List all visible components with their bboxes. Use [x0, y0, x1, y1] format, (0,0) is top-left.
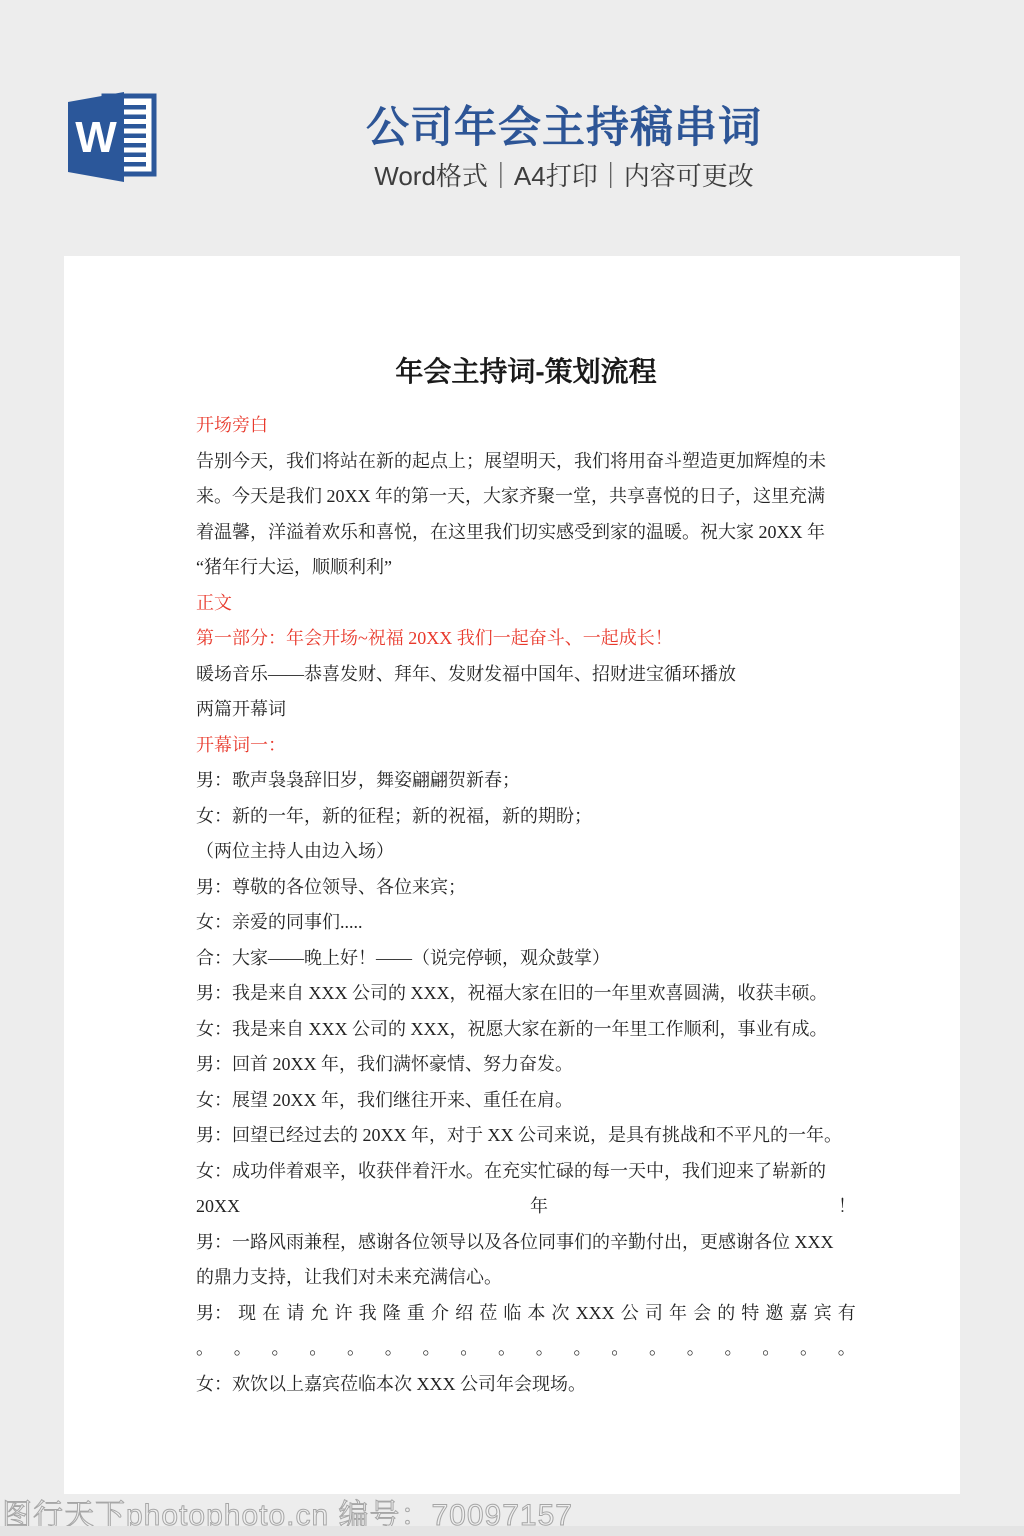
doc-line: 女：成功伴着艰辛，收获伴着汗水。在充实忙碌的每一天中，我们迎来了崭新的: [196, 1154, 856, 1190]
doc-line: 女：展望 20XX 年，我们继往开来、重任在肩。: [196, 1083, 856, 1119]
doc-line: 着温馨，洋溢着欢乐和喜悦，在这里我们切实感受到家的温暖。祝大家 20XX 年: [196, 515, 856, 551]
doc-line: 男：歌声袅袅辞旧岁，舞姿翩翩贺新春；: [196, 763, 856, 799]
doc-line: “猪年行大运，顺顺利利”: [196, 550, 856, 586]
word-icon: W: [62, 86, 162, 188]
doc-line: 女：新的一年，新的征程；新的祝福，新的期盼；: [196, 799, 856, 835]
doc-line: 女：我是来自 XXX 公司的 XXX，祝愿大家在新的一年里工作顺利，事业有成。: [196, 1012, 856, 1048]
doc-heading: 开幕词一：: [196, 728, 856, 764]
document-page: 年会主持词-策划流程 开场旁白 告别今天，我们将站在新的起点上；展望明天，我们将…: [64, 256, 960, 1494]
doc-line: 男：回望已经过去的 20XX 年，对于 XX 公司来说，是具有挑战和不平凡的一年…: [196, 1118, 856, 1154]
doc-line: 男：回首 20XX 年，我们满怀豪情、努力奋发。: [196, 1047, 856, 1083]
doc-line: 男：一路风雨兼程，感谢各位领导以及各位同事们的辛勤付出，更感谢各位 XXX: [196, 1225, 856, 1261]
doc-line-justified: 。。。。。。。。。。。。。。。。。。: [196, 1331, 856, 1367]
doc-line: 暖场音乐——恭喜发财、拜年、发财发福中国年、招财进宝循环播放: [196, 657, 856, 693]
doc-line: 的鼎力支持，让我们对未来充满信心。: [196, 1260, 856, 1296]
doc-line: 男：尊敬的各位领导、各位来宾；: [196, 870, 856, 906]
doc-heading: 开场旁白: [196, 408, 856, 444]
page-background: W 公司年会主持稿串词 Word格式｜A4打印｜内容可更改 年会主持词-策划流程…: [0, 0, 1024, 1536]
doc-line: 合：大家——晚上好！——（说完停顿，观众鼓掌）: [196, 941, 856, 977]
doc-heading: 第一部分：年会开场~祝福 20XX 我们一起奋斗、一起成长！: [196, 621, 856, 657]
doc-line: 女：欢饮以上嘉宾莅临本次 XXX 公司年会现场。: [196, 1367, 856, 1403]
doc-title: 年会主持词-策划流程: [196, 352, 856, 392]
svg-text:W: W: [75, 113, 117, 162]
bottom-strip-divider: [0, 1526, 1024, 1536]
doc-line: 女：亲爱的同事们.....: [196, 905, 856, 941]
doc-line-justified: 20XX年！: [196, 1189, 856, 1225]
template-title: 公司年会主持稿串词: [240, 94, 888, 155]
doc-line: （两位主持人由边入场）: [196, 834, 856, 870]
doc-line: 两篇开幕词: [196, 692, 856, 728]
doc-line-justified: 男：现在请允许我隆重介绍莅临本次XXX公司年会的特邀嘉宾有: [196, 1296, 856, 1332]
doc-line: 来。今天是我们 20XX 年的第一天，大家齐聚一堂，共享喜悦的日子，这里充满: [196, 479, 856, 515]
document-content: 年会主持词-策划流程 开场旁白 告别今天，我们将站在新的起点上；展望明天，我们将…: [196, 256, 856, 1402]
doc-heading: 正文: [196, 586, 856, 622]
template-subtitle: Word格式｜A4打印｜内容可更改: [240, 156, 888, 193]
doc-line: 告别今天，我们将站在新的起点上；展望明天，我们将用奋斗塑造更加辉煌的未: [196, 444, 856, 480]
doc-line: 男：我是来自 XXX 公司的 XXX，祝福大家在旧的一年里欢喜圆满，收获丰硕。: [196, 976, 856, 1012]
